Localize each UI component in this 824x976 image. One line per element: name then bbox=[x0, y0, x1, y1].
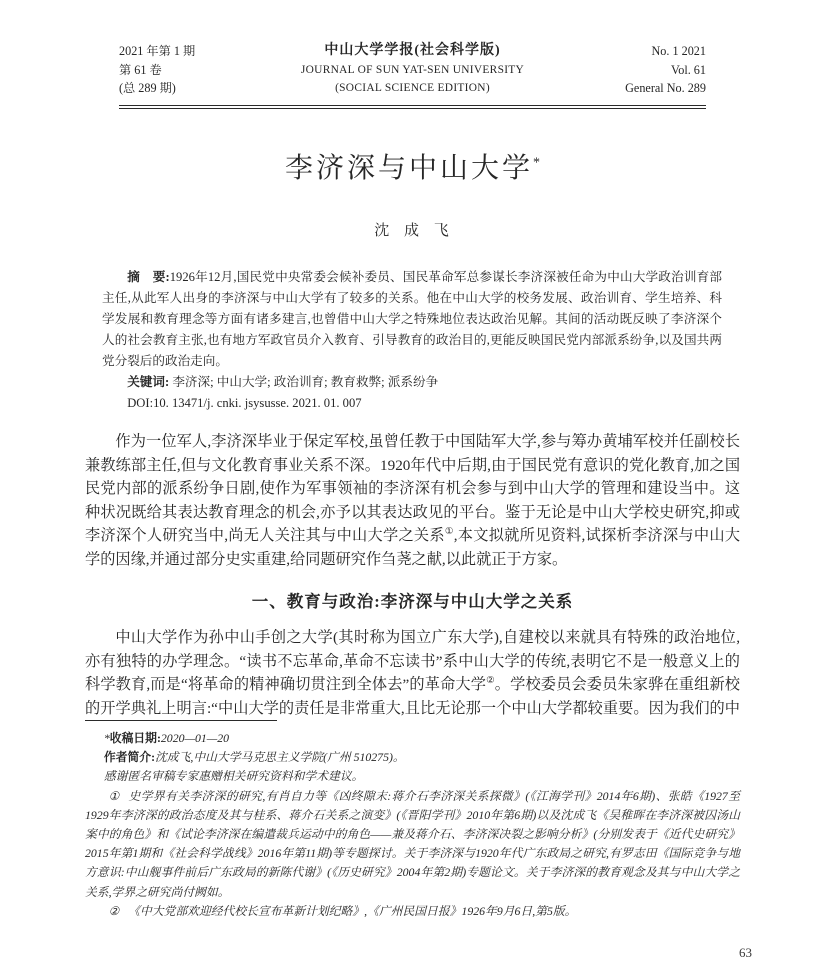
issue-line-no: No. 1 2021 bbox=[596, 42, 706, 61]
abstract-paragraph: 摘 要:1926年12月,国民党中央常委会候补委员、国民革命军总参谋长李济深被任… bbox=[102, 267, 722, 372]
article-title-text: 李济深与中山大学 bbox=[285, 153, 533, 184]
issue-line-vol: Vol. 61 bbox=[596, 61, 706, 80]
keywords-text: 李济深; 中山大学; 政治训育; 教育救弊; 派系纷争 bbox=[172, 375, 438, 389]
footnote-received-date: *收稿日期:2020—01—20 bbox=[85, 729, 740, 748]
footnote-2-text: 《中大党部欢迎经代校长宣布革新计划纪略》,《广州民国日报》1926年9月6日,第… bbox=[128, 904, 576, 918]
keywords-label: 关键词: bbox=[127, 375, 169, 389]
footnote-2-marker: ② bbox=[109, 904, 120, 918]
paragraph-1: 作为一位军人,李济深毕业于保定军校,虽曾任教于中国陆军大学,参与筹办黄埔军校并任… bbox=[85, 430, 740, 572]
abstract-label: 摘 要: bbox=[127, 270, 170, 284]
issue-line-year: 2021 年第 1 期 bbox=[119, 42, 229, 61]
footnote-block: *收稿日期:2020—01—20 作者简介:沈成飞,中山大学马克思主义学院(广州… bbox=[85, 720, 740, 921]
footnote-acknowledgement: 感谢匿名审稿专家惠赠相关研究资料和学术建议。 bbox=[85, 767, 740, 786]
journal-title-cn: 中山大学学报(社会科学版) bbox=[229, 42, 596, 61]
issue-info-cn: 2021 年第 1 期 第 61 卷 (总 289 期) bbox=[119, 42, 229, 98]
issue-line-general-no: General No. 289 bbox=[596, 79, 706, 98]
journal-title-en: JOURNAL OF SUN YAT-SEN UNIVERSITY bbox=[229, 61, 596, 80]
received-date-label: 收稿日期: bbox=[110, 731, 161, 745]
author-name: 沈 成 飞 bbox=[85, 219, 740, 240]
issue-line-volume: 第 61 卷 bbox=[119, 61, 229, 80]
header-divider bbox=[119, 105, 706, 110]
page-number: 63 bbox=[739, 945, 752, 961]
footnote-1-marker: ① bbox=[109, 789, 120, 803]
paragraph-2: 中山大学作为孙中山手创之大学(其时称为国立广东大学),自建校以来就具有特殊的政治… bbox=[85, 626, 740, 720]
journal-masthead: 2021 年第 1 期 第 61 卷 (总 289 期) 中山大学学报(社会科学… bbox=[85, 42, 740, 98]
title-footnote-marker: * bbox=[533, 156, 540, 171]
doi-line: DOI:10. 13471/j. cnki. jsysusse. 2021. 0… bbox=[102, 393, 722, 414]
section-heading-1: 一、教育与政治:李济深与中山大学之关系 bbox=[85, 590, 740, 614]
footnote-1: ①史学界有关李济深的研究,有肖自力等《凶终隙末:蒋介石李济深关系探微》(《江海学… bbox=[85, 787, 740, 902]
footnote-divider bbox=[85, 720, 277, 721]
abstract-block: 摘 要:1926年12月,国民党中央常委会候补委员、国民革命军总参谋长李济深被任… bbox=[102, 267, 722, 414]
footnote-1-text: 史学界有关李济深的研究,有肖自力等《凶终隙末:蒋介石李济深关系探微》(《江海学刊… bbox=[85, 789, 740, 899]
author-bio-text: 沈成飞,中山大学马克思主义学院(广州 510275)。 bbox=[155, 750, 405, 764]
footnote-author-bio: 作者简介:沈成飞,中山大学马克思主义学院(广州 510275)。 bbox=[85, 748, 740, 767]
author-bio-label: 作者简介: bbox=[104, 750, 155, 764]
footnote-2: ②《中大党部欢迎经代校长宣布革新计划纪略》,《广州民国日报》1926年9月6日,… bbox=[85, 902, 740, 921]
page-content: 2021 年第 1 期 第 61 卷 (总 289 期) 中山大学学报(社会科学… bbox=[0, 0, 824, 720]
footnote-ref-1: ① bbox=[445, 527, 454, 537]
journal-page: 2021 年第 1 期 第 61 卷 (总 289 期) 中山大学学报(社会科学… bbox=[0, 0, 824, 976]
keywords-line: 关键词: 李济深; 中山大学; 政治训育; 教育救弊; 派系纷争 bbox=[102, 372, 722, 393]
issue-line-general: (总 289 期) bbox=[119, 79, 229, 98]
footnote-ref-2: ② bbox=[486, 676, 495, 686]
received-date-value: 2020—01—20 bbox=[161, 731, 229, 745]
article-body: 作为一位军人,李济深毕业于保定军校,虽曾任教于中国陆军大学,参与筹办黄埔军校并任… bbox=[85, 430, 740, 720]
issue-info-en: No. 1 2021 Vol. 61 General No. 289 bbox=[596, 42, 706, 98]
journal-edition-en: (SOCIAL SCIENCE EDITION) bbox=[229, 79, 596, 98]
abstract-text: 1926年12月,国民党中央常委会候补委员、国民革命军总参谋长李济深被任命为中山… bbox=[102, 270, 722, 368]
journal-title-block: 中山大学学报(社会科学版) JOURNAL OF SUN YAT-SEN UNI… bbox=[229, 42, 596, 98]
article-title: 李济深与中山大学* bbox=[85, 146, 740, 186]
